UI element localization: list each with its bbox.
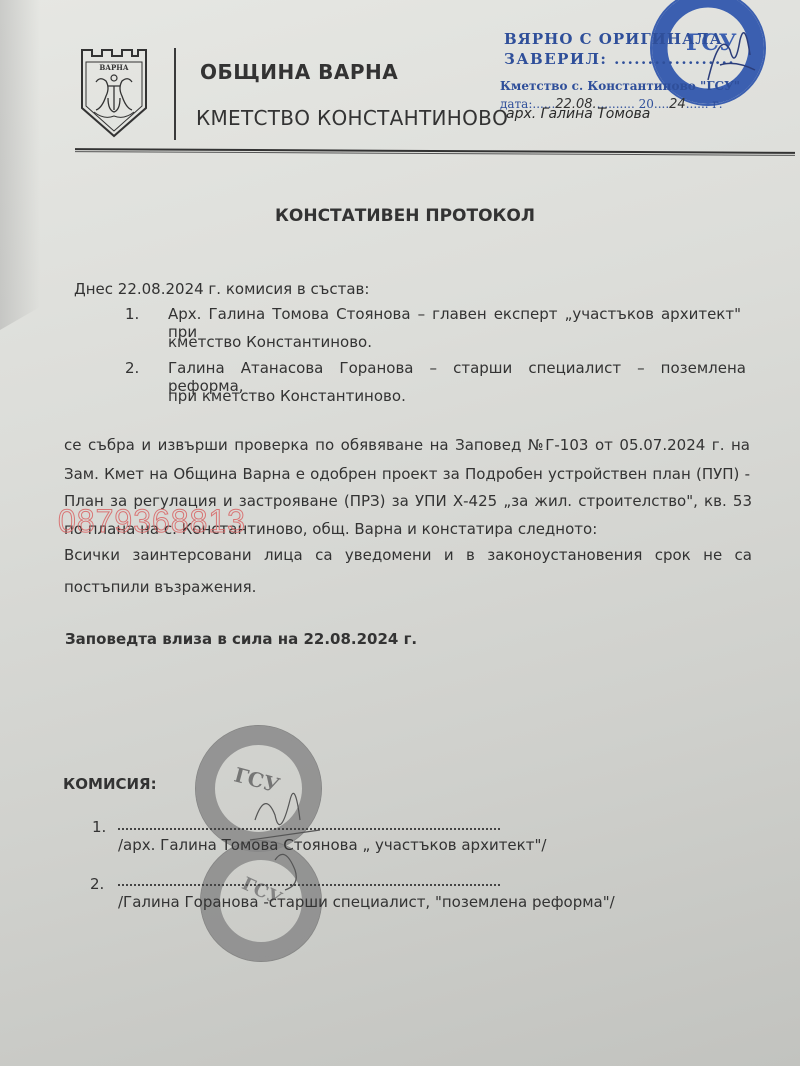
- effective-statement: Заповедта влиза в сила на 22.08.2024 г.: [65, 630, 417, 648]
- cert-line-original: ВЯРНО С ОРИГИНАЛА: [504, 30, 723, 48]
- signature-1-caption: /арх. Галина Томова Стоянова „ участъков…: [118, 836, 546, 854]
- signature-2-caption: /Галина Горанова -старши специалист, "по…: [118, 893, 615, 911]
- body-line-2: Зам. Кмет на Община Варна е одобрен прое…: [64, 465, 750, 483]
- svg-text:ВАРНА: ВАРНА: [99, 63, 128, 72]
- cert-year-suffix: г.: [712, 97, 722, 111]
- signature-2-number: 2.: [90, 875, 104, 893]
- paper-fold-shadow: [0, 0, 40, 330]
- body-line-6: постъпили възражения.: [64, 578, 256, 596]
- signature-1-line: [118, 828, 500, 830]
- office-name: КМЕТСТВО КОНСТАНТИНОВО: [196, 106, 508, 130]
- member-2-number: 2.: [125, 359, 139, 377]
- phone-watermark: 0879368813: [58, 503, 246, 540]
- header-rule: [75, 148, 795, 156]
- signature-1-number: 1.: [92, 818, 106, 836]
- cert-year-value: 24: [669, 97, 686, 112]
- member-1-number: 1.: [125, 305, 139, 323]
- commission-heading: КОМИСИЯ:: [63, 775, 157, 793]
- signature-2-line: [118, 884, 500, 886]
- document-title: КОНСТАТИВЕН ПРОТОКОЛ: [0, 206, 800, 226]
- org-name: ОБЩИНА ВАРНА: [200, 60, 398, 84]
- header-divider: [174, 48, 176, 140]
- body-line-5: Всички заинтерсовани лица са уведомени и…: [64, 546, 752, 564]
- signature-scribble-icon: [245, 760, 325, 900]
- body-line-1: се събра и извърши проверка по обявяване…: [64, 436, 750, 454]
- varna-coat-of-arms-icon: ВАРНА: [76, 48, 152, 138]
- handwritten-certifier-name: арх. Галина Томова: [506, 106, 650, 122]
- member-2-line2: при кметство Константиново.: [168, 387, 406, 405]
- member-1-line2: кметство Константиново.: [168, 333, 372, 351]
- intro-text: Днес 22.08.2024 г. комисия в състав:: [74, 280, 369, 298]
- signature-scribble-icon: [700, 20, 760, 90]
